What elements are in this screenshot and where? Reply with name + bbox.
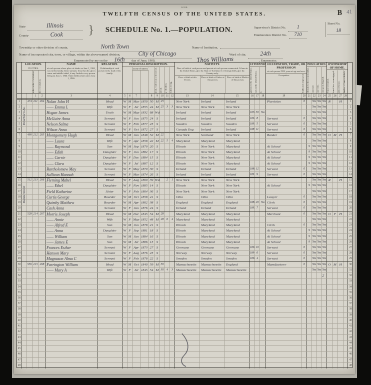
cell-byr: 1850 (141, 99, 149, 104)
cell-bmo (133, 307, 141, 312)
cell-name: —— Alfred E (46, 223, 98, 228)
cell-rn2: 26 (348, 239, 352, 244)
cell-rn2: 1 (348, 99, 352, 104)
cell-pobm: Maryland (225, 161, 250, 166)
cell-pobf: Sweden (200, 121, 225, 126)
cell-byr (141, 346, 149, 351)
cell-name: Bartholomew May (46, 166, 98, 171)
cell-name: Field Katherine (46, 189, 98, 194)
cell-pob: Norway (175, 251, 200, 256)
cell-pobf: Ohio (200, 194, 225, 199)
cell-pobm (225, 340, 250, 345)
cell-bmo: Jan (133, 133, 141, 138)
cell-rn2: 44 (348, 340, 352, 345)
cell-pobm: Maryland (225, 223, 250, 228)
cell-bmo: Apr (133, 138, 141, 143)
cell-rel (98, 273, 123, 278)
cell-bmo: Sep (133, 228, 141, 233)
cell-bmo: Jun (133, 150, 141, 155)
street-name-vertical: Dearborn Av. (22, 99, 27, 133)
cell-rn2: 11 (348, 155, 352, 160)
form-number: 6-556. (14, 7, 355, 10)
cell-occ: Servant (266, 251, 302, 256)
sub-header: Occupation. (266, 74, 302, 93)
group-note: Relationship of each person to the head … (98, 66, 123, 75)
cell-byr: 1858 (141, 194, 149, 199)
cell-pobf: New York (200, 189, 225, 194)
cell-rn2: 45 (348, 346, 352, 351)
cell-occ (266, 138, 302, 143)
cell-bmo: Jun (133, 116, 141, 121)
cell-name: —— Mary A (46, 267, 98, 272)
cell-pobf: New York (200, 105, 225, 110)
cell-pobf: New York (200, 161, 225, 166)
cell-pobm: England (225, 200, 250, 205)
cell-occ: At School (266, 150, 302, 155)
sheet-number-block: Sheet No. 18 (325, 22, 352, 37)
cell-pob (175, 296, 200, 301)
cell-pobm: England (225, 262, 250, 267)
cell-byr: 1848 (141, 133, 149, 138)
cell-pobf: Ireland (200, 99, 225, 104)
cell-byr (141, 318, 149, 323)
cell-name (46, 329, 98, 334)
cell-rel: Servant (98, 116, 123, 121)
vertical-labels: Color or race.Sex.Month.Year.Age at last… (123, 66, 175, 93)
cell-pobf (200, 363, 225, 369)
cell-pobf: Maryland (200, 138, 225, 143)
cell-pobm (225, 352, 250, 357)
cell-rel: Son (98, 223, 123, 228)
sub-header: Place of birth of Father of this person. (200, 75, 225, 93)
cell-byr: 1840 (141, 262, 149, 267)
cell-pobf: Maryland (200, 223, 225, 228)
cell-pob: New York (175, 133, 200, 138)
cell-pobm (225, 318, 250, 323)
cell-occ: At School (266, 144, 302, 149)
cell-bmo: Jul (133, 161, 141, 166)
cell-occ (266, 363, 302, 369)
cell-pob: Massachusetts (175, 262, 200, 267)
cell-rel (98, 279, 123, 284)
cell-pob: Massachusetts (175, 267, 200, 272)
cell-pob (175, 312, 200, 317)
cell-rel: Head (98, 211, 123, 216)
cell-pob: Illinois (175, 183, 200, 188)
cell-pob: New York (175, 99, 200, 104)
population-table: LOCATION.IN CITIES.Street.House number.N… (17, 62, 353, 368)
cell-pob: Germany (175, 245, 200, 250)
cell-rel: Son (98, 234, 123, 239)
enumeration-value: 710 (294, 32, 302, 38)
cell-occ (266, 301, 302, 306)
cell-rn2: 31 (348, 267, 352, 272)
cell-pob: Illinois (175, 234, 200, 239)
cell-rel: Servant (98, 251, 123, 256)
cell-rn2: 4 (348, 116, 352, 121)
cell-occ: Servant (266, 121, 302, 126)
cell-bmo (133, 363, 141, 369)
cell-name (46, 346, 98, 351)
cell-occ: Banker (266, 133, 302, 138)
cell-rn2: 3 (348, 110, 352, 115)
cell-pobf: New York (200, 155, 225, 160)
cell-occ: Clerk (266, 223, 302, 228)
cell-pobm (225, 307, 250, 312)
cell-byr: 1884 (141, 155, 149, 160)
cell-name (46, 290, 98, 295)
cell-byr (141, 284, 149, 289)
cell-occ (266, 105, 302, 110)
cell-occ (266, 340, 302, 345)
cell-pobm: Maryland (225, 138, 250, 143)
cell-rn2: 40 (348, 318, 352, 323)
cell-rn2: 17 (348, 189, 352, 194)
column-group-name: NAMEof each person whose place of abode … (46, 63, 98, 94)
cell-occ (266, 329, 302, 334)
cell-rn2: 12 (348, 161, 352, 166)
cell-bmo (133, 312, 141, 317)
cell-occ: Merchant (266, 211, 302, 216)
cell-pobf (200, 296, 225, 301)
cell-rel: Servant (98, 121, 123, 126)
cell-pobf: Massachusetts (200, 267, 225, 272)
cell-rel (98, 307, 123, 312)
cell-rn2: 48 (348, 363, 352, 369)
cell-rel: Son (98, 144, 123, 149)
sheet-letter: B (337, 10, 342, 18)
column-group-education: EDUCATION.Attended school (in months).Ca… (307, 63, 327, 94)
cell-pobf (200, 284, 225, 289)
cell-pob (175, 284, 200, 289)
cell-pob: Illinois (175, 155, 200, 160)
census-title: TWELFTH CENSUS OF THE UNITED STATES. (14, 11, 355, 17)
header-brace: } (88, 22, 94, 37)
cell-rn2: 34 (348, 284, 352, 289)
cell-occ (266, 110, 302, 115)
scan-margin: 6-556. TWELFTH CENSUS OF THE UNITED STAT… (12, 0, 357, 378)
cell-name: Fleming Mabel (46, 178, 98, 183)
cell-pobf (200, 352, 225, 357)
cell-bmo: May (133, 166, 141, 171)
cell-bmo: Apr (133, 245, 141, 250)
sub-headers: Occupation.Months not employed. (266, 73, 307, 93)
cell-rel: Head (98, 133, 123, 138)
cell-rel (98, 346, 123, 351)
cell-pobm: Maryland (225, 144, 250, 149)
cell-pobf (200, 279, 225, 284)
cell-name: —— Annie (46, 217, 98, 222)
table-header: LOCATION.IN CITIES.Street.House number.N… (17, 63, 352, 94)
cell-pobf (200, 357, 225, 362)
cell-occ (266, 267, 302, 272)
cell-rel: Daughter (98, 155, 123, 160)
cell-pobf: Scotland (200, 133, 225, 138)
cell-bmo: Jul (133, 105, 141, 110)
cell-pobf (200, 346, 225, 351)
cell-byr (141, 279, 149, 284)
cell-pobf: Maryland (200, 217, 225, 222)
vertical-label: Year. (141, 67, 149, 93)
cell-bmo (133, 335, 141, 340)
cell-bmo (133, 296, 141, 301)
cell-byr (141, 301, 149, 306)
cell-bmo: Dec (133, 211, 141, 216)
cell-pob (175, 301, 200, 306)
column-group-nativity: NATIVITY.Place of birth of each person a… (175, 63, 250, 94)
cell-name: Hanson Mary (46, 251, 98, 256)
cell-pobm (225, 357, 250, 362)
cell-occ: At School (266, 228, 302, 233)
cell-occ: Manufacturer (266, 262, 302, 267)
cell-name: —— Laura (46, 138, 98, 143)
cell-pob: Illinois (175, 150, 200, 155)
cell-rn2: 24 (348, 228, 352, 233)
cell-pobm (225, 301, 250, 306)
cell-byr: 1879 (141, 144, 149, 149)
cell-occ (266, 217, 302, 222)
cell-pobf: Ireland (200, 110, 225, 115)
cell-pobf: Maryland (200, 228, 225, 233)
cell-occ (266, 318, 302, 323)
cell-rn2: 37 (348, 301, 352, 306)
cell-bmo: Jun (133, 223, 141, 228)
cell-rel: Servant (98, 245, 123, 250)
cell-byr: 1873 (141, 245, 149, 250)
cell-bmo (133, 340, 141, 345)
column-group-personal-description: PERSONAL DESCRIPTION.Color or race.Sex.M… (123, 63, 176, 94)
cell-pobm: Maryland (225, 239, 250, 244)
cell-rn2: 15 (348, 178, 352, 183)
cell-pobf (200, 307, 225, 312)
cell-rel (98, 284, 123, 289)
cell-pobf (200, 340, 225, 345)
cell-occ (266, 335, 302, 340)
column-group-relation: RELATION.Relationship of each person to … (98, 63, 123, 94)
cell-byr: 1885 (141, 183, 149, 188)
vertical-labels: Owned or rented.Owned free or mortgaged.… (327, 70, 348, 93)
cell-rn2: 38 (348, 307, 352, 312)
cell-byr (141, 357, 149, 362)
cell-bmo: Oct (133, 262, 141, 267)
cell-byr: 1881 (141, 228, 149, 233)
cell-occ: At School (266, 234, 302, 239)
cell-rel: Head (98, 99, 123, 104)
cell-occ (266, 290, 302, 295)
cell-byr: 1832 (141, 110, 149, 115)
cell-bmo (133, 284, 141, 289)
cell-bmo: May (133, 217, 141, 222)
cell-byr: 1860 (141, 178, 149, 183)
cell-pobm: Maryland (225, 217, 250, 222)
cell-rel: Son (98, 239, 123, 244)
cell-occ (266, 346, 302, 351)
cell-rel (98, 335, 123, 340)
cell-byr (141, 352, 149, 357)
cell-pobf (200, 335, 225, 340)
cell-byr: 1877 (141, 121, 149, 126)
cell-rel (98, 352, 123, 357)
cell-pobm: New York (225, 178, 250, 183)
pencil-mark: 2 (322, 273, 324, 278)
cell-name: Nelson Selma (46, 121, 98, 126)
cell-pobf (200, 290, 225, 295)
column-group-spacer (348, 63, 353, 94)
cell-rn2: 36 (348, 296, 352, 301)
cell-name: Curtis George (46, 194, 98, 199)
cell-name: —— Ethel (46, 183, 98, 188)
cell-rn2: 39 (348, 312, 352, 317)
cell-rel (98, 318, 123, 323)
cell-byr (141, 324, 149, 329)
cell-name: —— William (46, 234, 98, 239)
cell-rel: Wife (98, 217, 123, 222)
cell-pobm: Norway (225, 251, 250, 256)
group-title: OCCUPATION, TRADE, OR PROFESSION (266, 63, 307, 70)
cell-byr (141, 290, 149, 295)
family-separator-line (17, 211, 352, 212)
county-value: Cook (50, 31, 63, 38)
cell-rel (98, 312, 123, 317)
cell-occ: At School (266, 161, 302, 166)
cell-bmo (133, 290, 141, 295)
vertical-labels: Street.House number.Number of dwelling h… (22, 70, 45, 93)
cell-pob (175, 318, 200, 323)
cell-bmo: Aug (133, 251, 141, 256)
cell-occ (266, 357, 302, 362)
cell-pobm (225, 290, 250, 295)
cell-rel (98, 324, 123, 329)
enumeration-label: Enumeration District No. (254, 34, 287, 38)
cell-pob: Ohio (175, 194, 200, 199)
cell-pobf: Ireland (200, 116, 225, 121)
cell-byr: 1878 (141, 223, 149, 228)
cell-name: —— Emma L (46, 105, 98, 110)
cell-rn2: 18 (348, 194, 352, 199)
cell-pobf: Maryland (200, 234, 225, 239)
cell-pobm: Ireland (225, 99, 250, 104)
census-sheet: 6-556. TWELFTH CENSUS OF THE UNITED STAT… (14, 5, 355, 374)
cell-occ: Physician (266, 99, 302, 104)
cell-name (46, 340, 98, 345)
cell-name (46, 301, 98, 306)
cell-pobm (225, 273, 250, 278)
cell-byr: 1884 (141, 234, 149, 239)
cell-occ (266, 284, 302, 289)
cell-bmo: Feb (133, 189, 141, 194)
cell-bmo (133, 279, 141, 284)
cell-pobm: Maryland (225, 150, 250, 155)
cell-rel: Daughter (98, 228, 123, 233)
cell-byr: 1870 (141, 166, 149, 171)
vertical-label: Month. (133, 67, 141, 93)
cell-rel: Wife (98, 138, 123, 143)
cell-occ (266, 296, 302, 301)
cell-rn2: 16 (348, 183, 352, 188)
cell-bmo: Jul (133, 239, 141, 244)
cell-bmo (133, 346, 141, 351)
family-separator-line (17, 177, 352, 178)
cell-byr (141, 363, 149, 369)
column-group-ownership-of-home: OWNERSHIP OF HOME.Owned or rented.Owned … (327, 63, 348, 94)
cell-pob: Sweden (175, 121, 200, 126)
cell-pobm (225, 296, 250, 301)
cell-byr: 1864 (141, 189, 149, 194)
cell-occ: Servant (266, 245, 302, 250)
cell-byr: 1845 (141, 211, 149, 216)
cell-pobf (200, 273, 225, 278)
cell-pobf: Norway (200, 251, 225, 256)
cell-rn2: 35 (348, 290, 352, 295)
cell-pob: New York (175, 105, 200, 110)
cell-name (46, 318, 98, 323)
cell-pobm: Massachusetts (225, 267, 250, 272)
cell-rn2: 27 (348, 245, 352, 250)
cell-pobm: New York (225, 183, 250, 188)
cell-pobm (225, 312, 250, 317)
cell-occ (266, 189, 302, 194)
cell-pobm: Germany (225, 245, 250, 250)
cell-pobf: Maryland (200, 239, 225, 244)
cell-pobf: Massachusetts (200, 262, 225, 267)
cell-pob: Maryland (175, 217, 200, 222)
cell-rn2: 21 (348, 211, 352, 216)
cell-pob (175, 273, 200, 278)
cell-name (46, 296, 98, 301)
cell-name: Hogan James (46, 110, 98, 115)
cell-name: —— Carrie (46, 155, 98, 160)
cell-bmo: Oct (133, 194, 141, 199)
cell-name: Frances Esther (46, 245, 98, 250)
cell-pobf: Germany (200, 245, 225, 250)
county-label: County (19, 34, 29, 38)
cell-rn2: 10 (348, 150, 352, 155)
sheet-value: 18 (336, 28, 341, 34)
cell-byr: 1876 (141, 251, 149, 256)
cell-occ: Lawyer (266, 194, 302, 199)
cell-rn2: 32 (348, 273, 352, 278)
cell-name: —— James E (46, 239, 98, 244)
cell-pob: Illinois (175, 239, 200, 244)
street-name-vertical: Banks Street (22, 178, 27, 212)
cell-bmo: Sep (133, 144, 141, 149)
cell-pob (175, 279, 200, 284)
cell-bmo (133, 301, 141, 306)
cell-bmo (133, 324, 141, 329)
cell-rn2: 25 (348, 234, 352, 239)
cell-bmo (133, 352, 141, 357)
cell-name (46, 279, 98, 284)
cell-pobm: Ireland (225, 116, 250, 121)
group-note: Place of birth of each person and parent… (175, 66, 250, 75)
cell-rel: Daughter (98, 183, 123, 188)
cell-rn2: 42 (348, 329, 352, 334)
group-title: OWNERSHIP OF HOME. (327, 63, 348, 70)
cell-rel: Uncle (98, 110, 123, 115)
cell-pob: Illinois (175, 161, 200, 166)
cell-name (46, 284, 98, 289)
cell-rel: Daughter (98, 161, 123, 166)
cell-rn2: 23 (348, 223, 352, 228)
cell-pobf (200, 324, 225, 329)
cell-name: Montgomery Hugh (46, 133, 98, 138)
cell-pob: Ireland (175, 116, 200, 121)
cell-rel: Wife (98, 267, 123, 272)
cell-pob: Illinois (175, 144, 200, 149)
cell-rel (98, 301, 123, 306)
cell-byr: 1882 (141, 150, 149, 155)
cell-rel (98, 290, 123, 295)
